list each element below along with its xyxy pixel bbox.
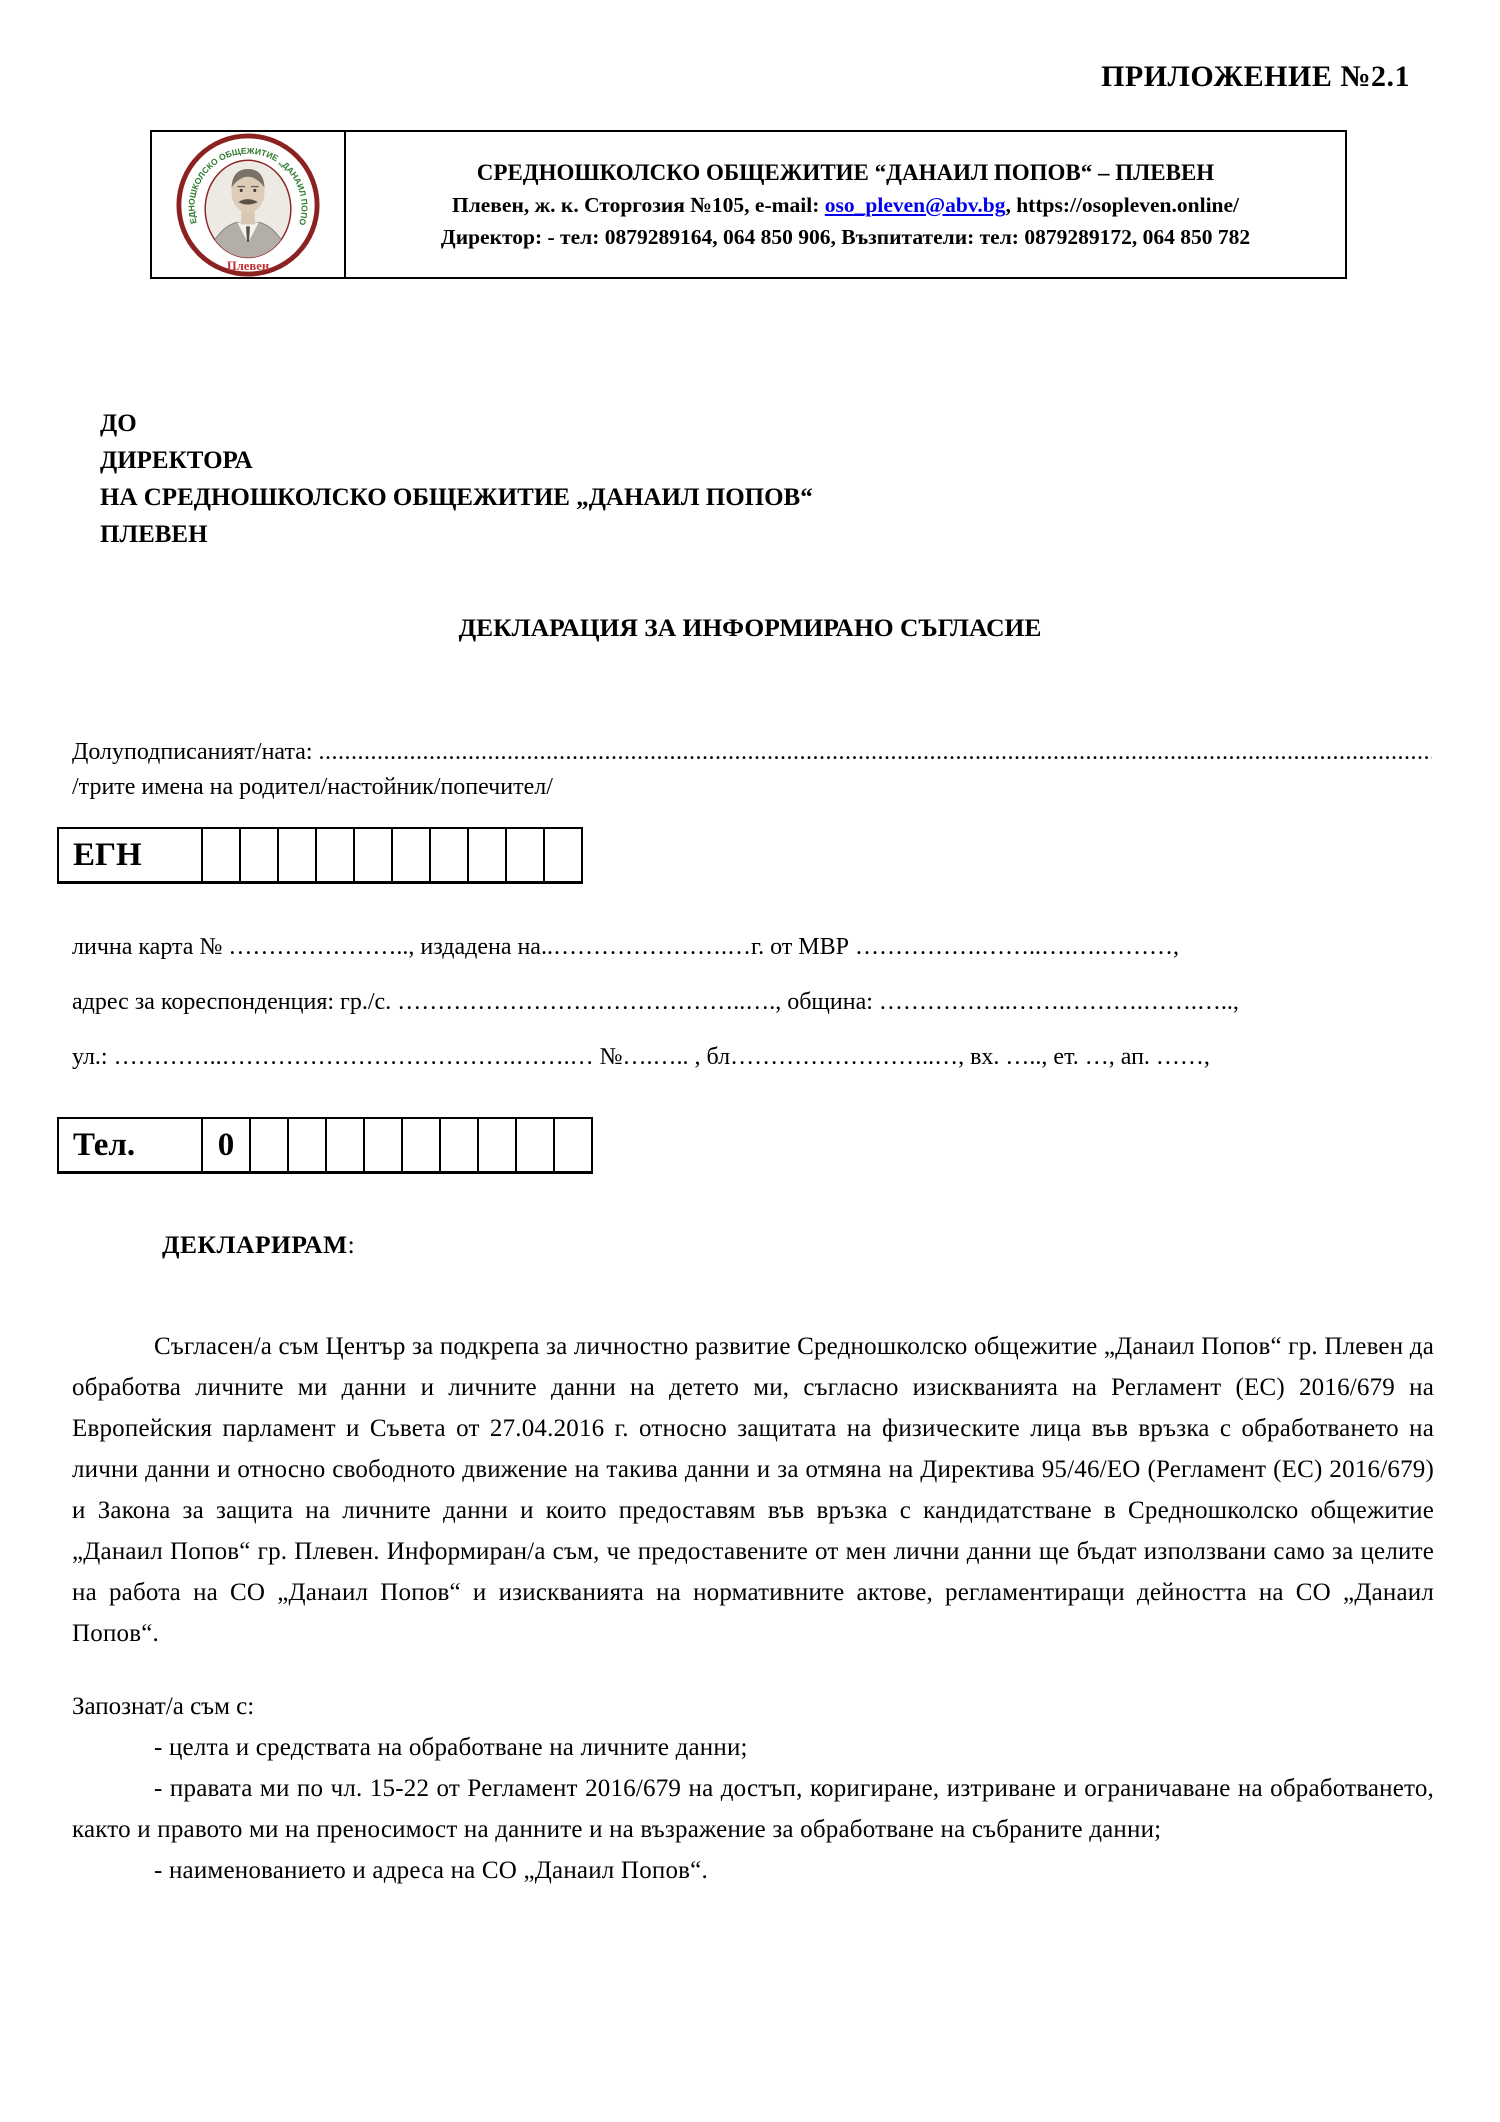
phones-line: Директор: - тел: 0879289164, 064 850 906… bbox=[441, 225, 1250, 250]
acquainted-intro: Запознат/а съм с: bbox=[72, 1686, 1500, 1727]
school-logo: СРЕДНОШКОЛСКО ОБЩЕЖИТИЕ „ДАНАИЛ ПОПОВ“ bbox=[175, 132, 321, 278]
tel-digit-cell[interactable] bbox=[478, 1118, 516, 1173]
undersigned-label: Долуподписаният/ната: bbox=[72, 739, 319, 765]
addressee-line-school: НА СРЕДНОШКОЛСКО ОБЩЕЖИТИЕ „ДАНАИЛ ПОПОВ… bbox=[100, 479, 1500, 516]
annex-label: ПРИЛОЖЕНИЕ №2.1 bbox=[0, 0, 1500, 94]
egn-digit-cell[interactable] bbox=[430, 828, 468, 883]
egn-digit-cell[interactable] bbox=[468, 828, 506, 883]
egn-row: ЕГН bbox=[0, 827, 1500, 884]
egn-digit-cell[interactable] bbox=[354, 828, 392, 883]
letterhead-text: СРЕДНОШКОЛСКО ОБЩЕЖИТИЕ “ДАНАИЛ ПОПОВ“ –… bbox=[346, 132, 1345, 277]
tel-label: Тел. bbox=[58, 1118, 202, 1173]
tel-digit-cell[interactable] bbox=[288, 1118, 326, 1173]
egn-label: ЕГН bbox=[58, 828, 202, 883]
school-name: СРЕДНОШКОЛСКО ОБЩЕЖИТИЕ “ДАНАИЛ ПОПОВ“ –… bbox=[477, 160, 1214, 186]
addressee-line-city: ПЛЕВЕН bbox=[100, 516, 1500, 553]
declare-heading-word: ДЕКЛАРИРАМ bbox=[162, 1230, 348, 1259]
tel-digit-cell[interactable] bbox=[440, 1118, 478, 1173]
letterhead: СРЕДНОШКОЛСКО ОБЩЕЖИТИЕ „ДАНАИЛ ПОПОВ“ bbox=[150, 130, 1347, 279]
tel-digit-cell[interactable] bbox=[516, 1118, 554, 1173]
tel-digit-cell[interactable] bbox=[326, 1118, 364, 1173]
declaration-form-page: ПРИЛОЖЕНИЕ №2.1 СРЕДНОШКОЛСКО ОБЩЕЖИТИЕ … bbox=[0, 0, 1500, 2122]
acquainted-item-purpose: - целта и средствата на обработване на л… bbox=[72, 1727, 1434, 1768]
tel-table-row: Тел. 0 bbox=[58, 1118, 592, 1173]
logo-cell: СРЕДНОШКОЛСКО ОБЩЕЖИТИЕ „ДАНАИЛ ПОПОВ“ bbox=[152, 132, 346, 277]
contact-suffix: , https://osopleven.online/ bbox=[1005, 193, 1239, 217]
tel-digit-cell[interactable] bbox=[250, 1118, 288, 1173]
declare-heading: ДЕКЛАРИРАМ: bbox=[162, 1230, 1500, 1260]
tel-first-digit-cell[interactable]: 0 bbox=[202, 1118, 250, 1173]
egn-digit-cell[interactable] bbox=[202, 828, 240, 883]
school-contact-line: Плевен, ж. к. Сторгозия №105, e-mail: os… bbox=[452, 193, 1239, 218]
tel-row: Тел. 0 bbox=[0, 1117, 1500, 1174]
egn-table-row: ЕГН bbox=[58, 828, 582, 883]
address-fill-line[interactable]: адрес за кореспонденция: гр./с. ……………………… bbox=[72, 989, 1440, 1016]
egn-digit-cell[interactable] bbox=[240, 828, 278, 883]
tel-digit-cell[interactable] bbox=[364, 1118, 402, 1173]
egn-digit-cell[interactable] bbox=[316, 828, 354, 883]
undersigned-note: /трите имена на родител/настойник/попечи… bbox=[72, 774, 1500, 801]
acquainted-item-rights: - правата ми по чл. 15-22 от Регламент 2… bbox=[72, 1768, 1434, 1850]
undersigned-fill-field[interactable]: ........................................… bbox=[319, 739, 1432, 765]
declare-heading-colon: : bbox=[348, 1230, 355, 1259]
egn-digit-cell[interactable] bbox=[278, 828, 316, 883]
addressee-line-do: ДО bbox=[100, 405, 1500, 442]
egn-table: ЕГН bbox=[57, 827, 583, 884]
egn-digit-cell[interactable] bbox=[506, 828, 544, 883]
street-fill-line[interactable]: ул.: …………..……………………………….…….… №….….. , бл… bbox=[72, 1044, 1440, 1071]
tel-digit-cell[interactable] bbox=[402, 1118, 440, 1173]
logo-city-text: Плевен bbox=[227, 259, 269, 273]
undersigned-line: Долуподписаният/ната: ..................… bbox=[72, 739, 1432, 766]
email-link[interactable]: oso_pleven@abv.bg bbox=[825, 193, 1006, 217]
egn-digit-cell[interactable] bbox=[392, 828, 430, 883]
consent-paragraph: Съгласен/а съм Център за подкрепа за лич… bbox=[72, 1326, 1434, 1654]
tel-digit-cell[interactable] bbox=[554, 1118, 592, 1173]
acquainted-item-name-address: - наименованието и адреса на СО „Данаил … bbox=[72, 1850, 1434, 1891]
contact-prefix: Плевен, ж. к. Сторгозия №105, e-mail: bbox=[452, 193, 825, 217]
document-title: ДЕКЛАРАЦИЯ ЗА ИНФОРМИРАНО СЪГЛАСИЕ bbox=[0, 613, 1500, 643]
addressee-block: ДО ДИРЕКТОРА НА СРЕДНОШКОЛСКО ОБЩЕЖИТИЕ … bbox=[100, 405, 1500, 553]
egn-digit-cell[interactable] bbox=[544, 828, 582, 883]
tel-table: Тел. 0 bbox=[57, 1117, 593, 1174]
addressee-line-director: ДИРЕКТОРА bbox=[100, 442, 1500, 479]
id-card-fill-line[interactable]: лична карта № ………………….., издадена на..……… bbox=[72, 934, 1440, 961]
